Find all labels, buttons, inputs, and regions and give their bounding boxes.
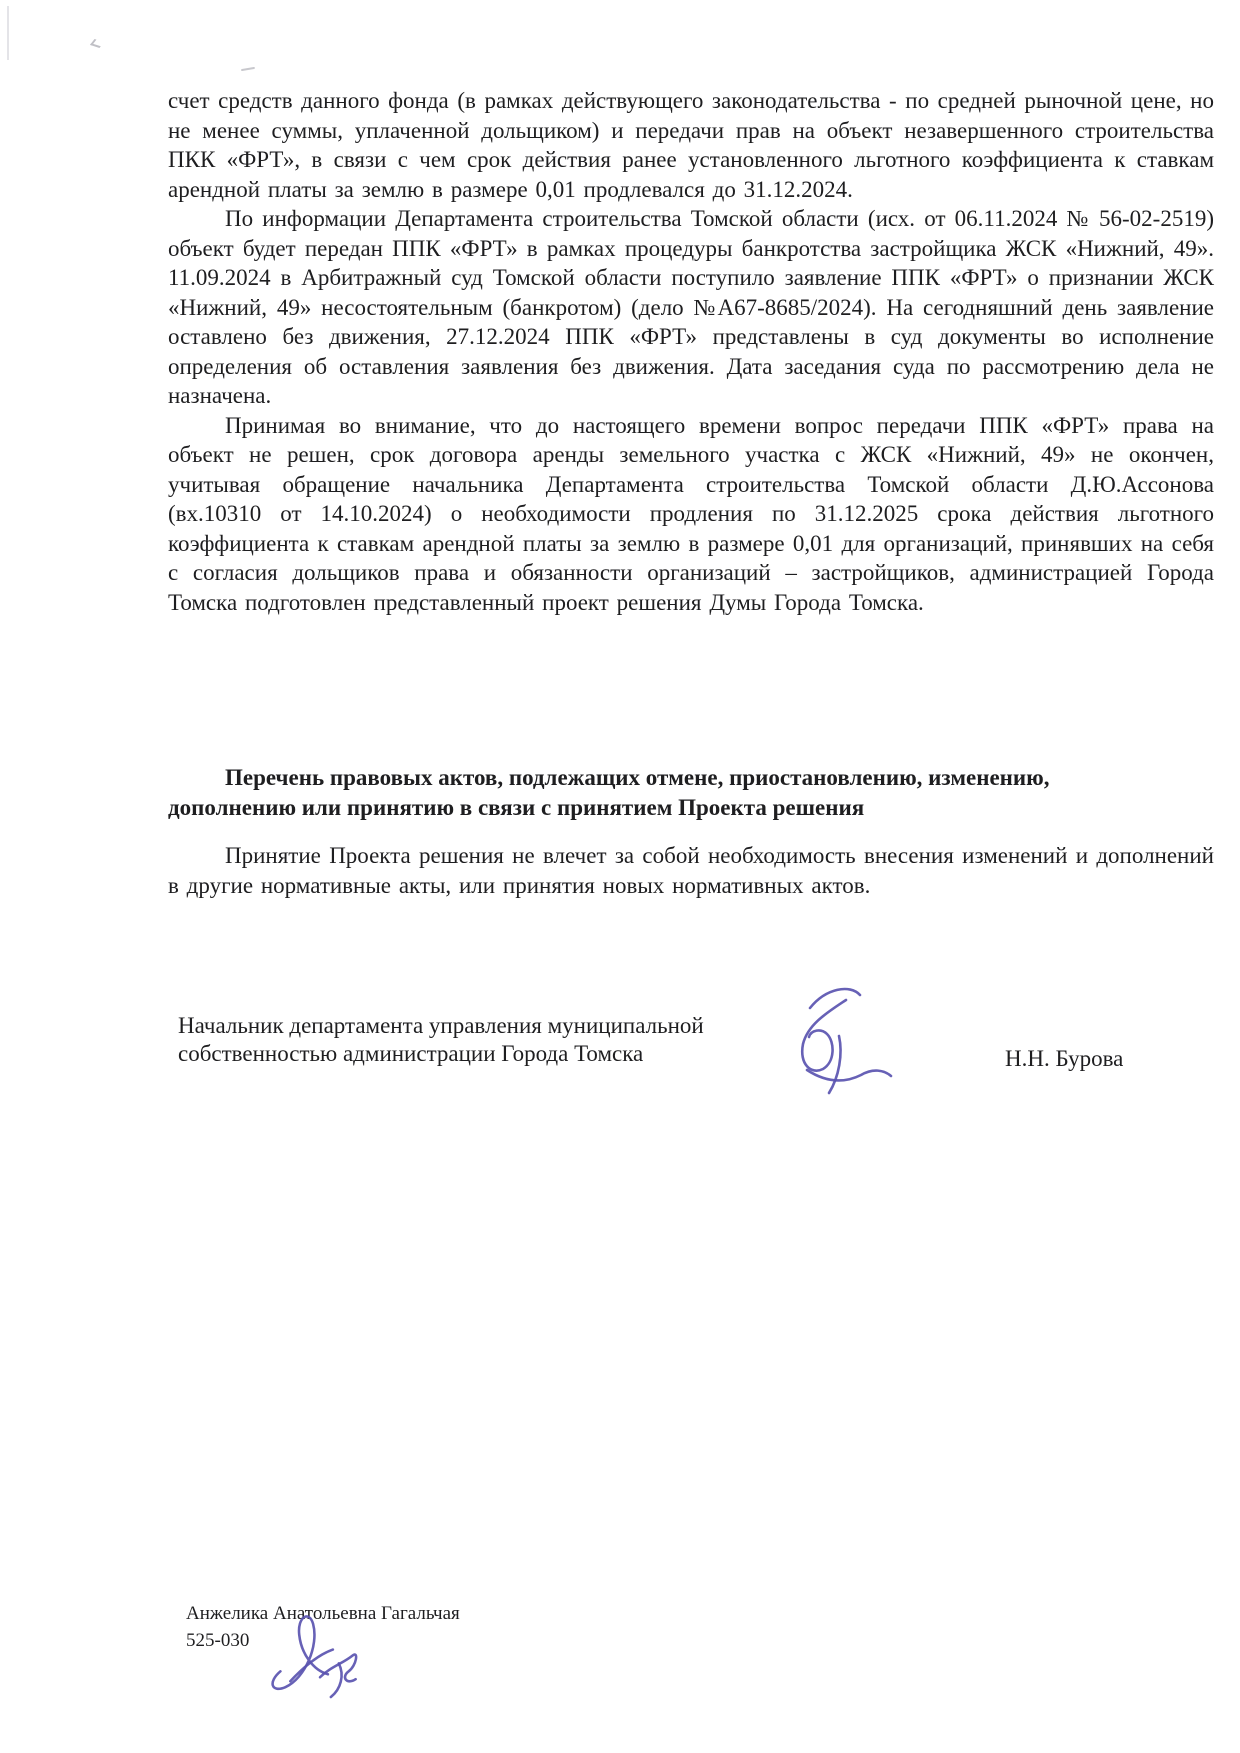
- body-paragraph: По информации Департамента строительства…: [168, 204, 1214, 411]
- document-page: счет средств данного фонда (в рамках дей…: [0, 0, 1240, 1753]
- executor-signature-icon: [260, 1606, 380, 1700]
- section-paragraph: Принятие Проекта решения не влечет за со…: [168, 841, 1214, 900]
- scan-artifact-edge-line: [7, 6, 9, 60]
- body-paragraph: Принимая во внимание, что до настоящего …: [168, 411, 1214, 618]
- document-body: счет средств данного фонда (в рамках дей…: [168, 86, 1214, 617]
- section-heading: Перечень правовых актов, подлежащих отме…: [168, 763, 1214, 823]
- signer-name: Н.Н. Бурова: [1005, 1046, 1123, 1072]
- section-heading-line: Перечень правовых актов, подлежащих отме…: [168, 763, 1214, 793]
- scan-artifact-mark: [90, 39, 104, 48]
- scan-artifact-mark: [241, 67, 255, 71]
- body-paragraph: счет средств данного фонда (в рамках дей…: [168, 86, 1214, 204]
- signer-title: Начальник департамента управления муници…: [178, 1012, 704, 1068]
- signer-title-line: Начальник департамента управления муници…: [178, 1012, 704, 1040]
- section-heading-line: дополнению или принятию в связи с принят…: [168, 793, 1214, 823]
- burova-signature-icon: [786, 978, 908, 1098]
- signer-title-line: собственностью администрации Города Томс…: [178, 1040, 704, 1068]
